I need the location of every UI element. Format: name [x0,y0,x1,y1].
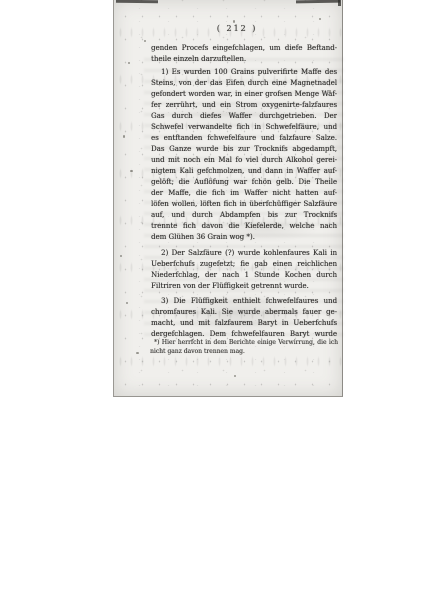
text-line: Niederfchlag, der nach 1 Stunde Kochen d… [151,270,337,281]
text-line: Gas durch diefes Waffer durchgetrieben. … [151,111,337,122]
page-number: ( 212 ) [151,24,323,33]
text-line: es entftanden fchwefelfaure und falzfaur… [151,133,337,144]
text-line: Ueberfchufs zugefetzt; fie gab einen rei… [151,259,337,270]
text-line: und mit noch ein Mal fo viel durch Alkoh… [151,155,337,166]
text-line: chromfaures Kali. Sie wurde abermals fau… [151,307,337,318]
ink-speck [130,170,133,172]
text-line: genden Procefs eingefchlagen, um diefe B… [151,43,337,54]
text-line: der Maffe, die fich im Waffer nicht hatt… [151,188,337,199]
ink-speck [128,62,130,64]
ink-speck [233,20,235,23]
text-line: trennte fich davon die Kiefelerde, welch… [151,221,337,232]
text-line: macht, und mit falzfaurem Baryt in Ueber… [151,318,337,329]
scan-backdrop: ( 212 ) genden Procefs eingefchlagen, um… [0,0,443,599]
text-line: 3) Die Flüffigkeit enthielt fchwefelfaur… [151,296,337,307]
text-line: fer zerrührt, und ein Strom oxygenirte-f… [151,100,337,111]
text-line: Filtriren von der Flüffigkeit getrennt w… [151,281,337,292]
ink-speck [144,40,146,42]
ink-speck [123,135,125,138]
text-line: gelöft; die Auflöfung war fchön gelb. Di… [151,177,337,188]
text-line: dem Glühen 36 Grain wog *). [151,232,337,243]
footnote-line: *) Hier herrfcht in dem Berichte einige … [150,338,338,347]
footnote-line: nicht ganz davon trennen mag. [150,347,338,356]
text-line: 1) Es wurden 100 Grains pulverifirte Maf… [151,67,337,78]
ink-speck [136,352,139,354]
text-line: Das Ganze wurde bis zur Trocknifs abgeda… [151,144,337,155]
text-line: theile einzeln darzuftellen. [151,54,337,65]
text-line: löfen wollen, löften fich in überfchüffi… [151,199,337,210]
page-top-edge-mark [116,0,158,3]
text-line: 2) Der Salzfäure (?) wurde kohlenfaures … [151,248,337,259]
page-corner-mark [338,0,341,6]
footnote: *) Hier herrfcht in dem Berichte einige … [150,338,338,356]
text-line: Steins, von der das Eifen durch eine Mag… [151,78,337,89]
ink-speck [319,18,321,20]
page-top-edge-mark [296,0,340,3]
ink-speck [126,302,128,304]
scanned-page: ( 212 ) genden Procefs eingefchlagen, um… [113,0,343,397]
ink-speck [234,375,236,377]
ink-speck [120,255,122,257]
text-line: Schwefel verwandelte fich in Schwefelfäu… [151,122,337,133]
text-line: nigtem Kali gefchmolzen, und dann in Waf… [151,166,337,177]
body-text: genden Procefs eingefchlagen, um diefe B… [151,43,337,340]
text-line: auf, und durch Abdampfen bis zur Trockni… [151,210,337,221]
text-line: gefondert worden war, in einer grofsen M… [151,89,337,100]
